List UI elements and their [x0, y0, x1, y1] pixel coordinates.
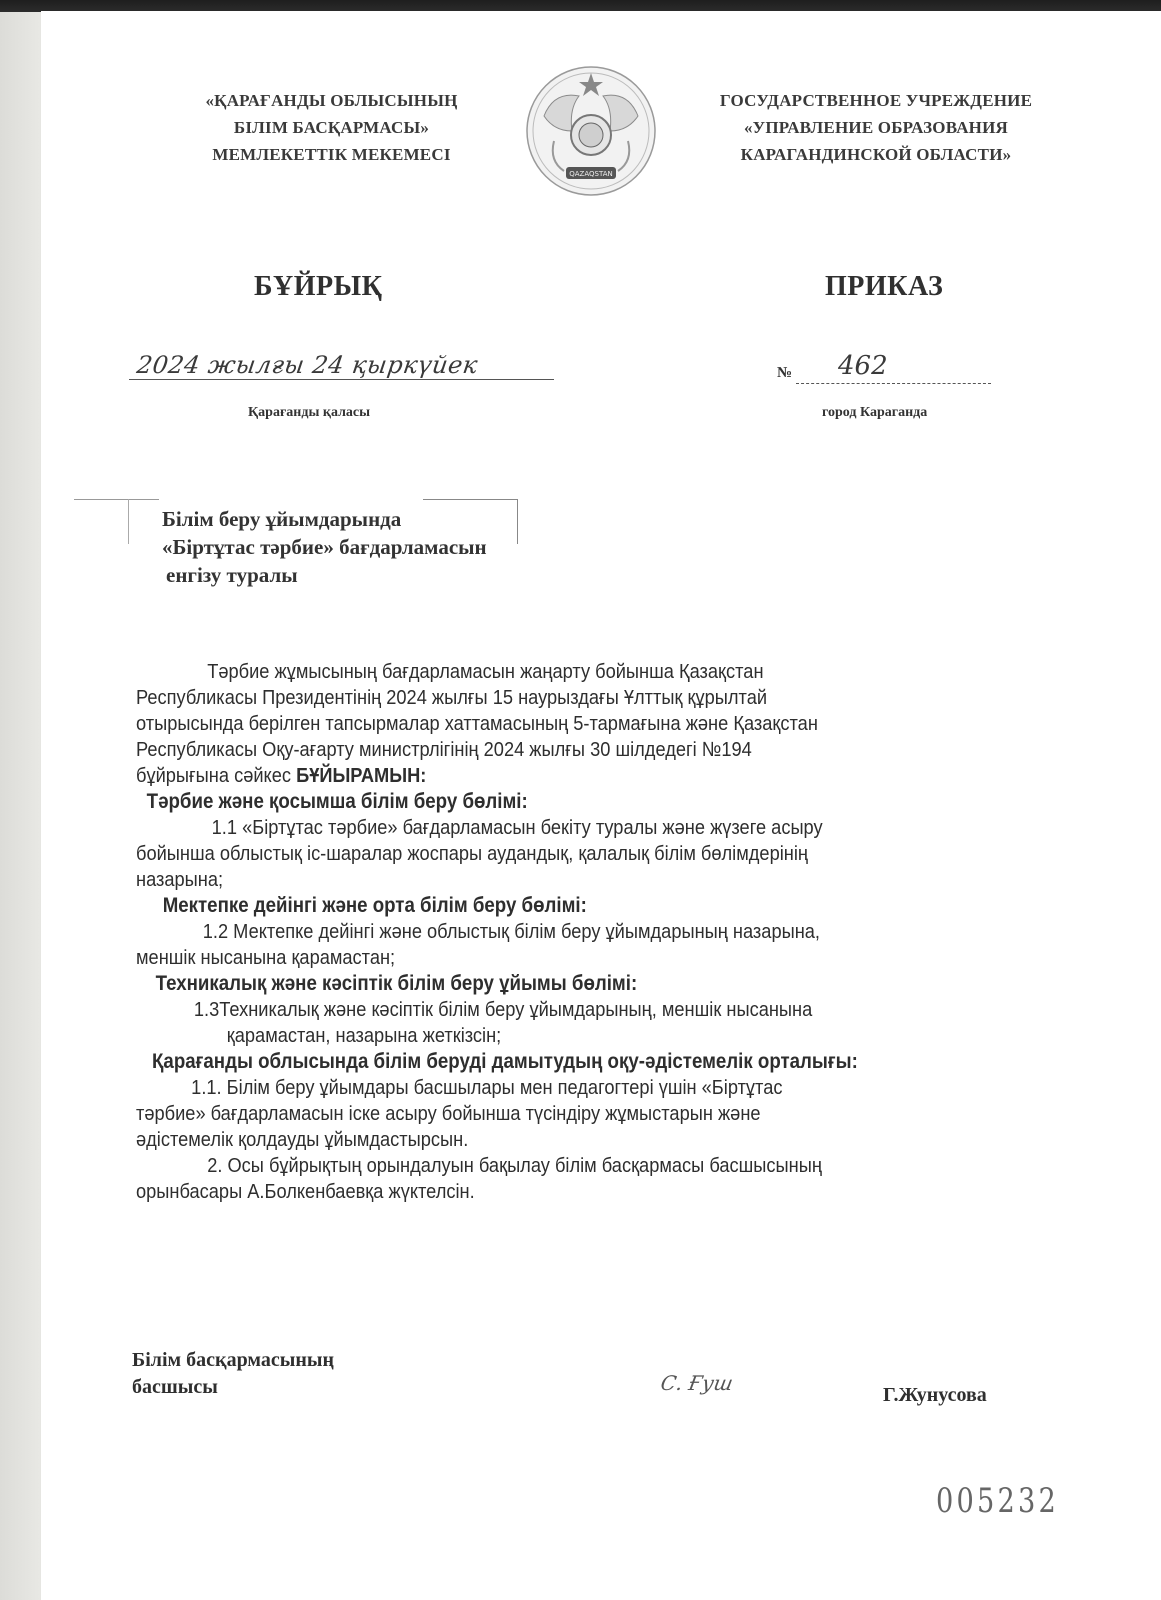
position-line: басшысы — [132, 1374, 334, 1401]
document-page: «ҚАРАҒАНДЫ ОБЛЫСЫНЫҢ БІЛІМ БАСҚАРМАСЫ» М… — [41, 11, 1161, 1600]
serial-number: 005232 — [936, 1481, 1059, 1521]
section-heading: Тәрбие және қосымша білім беру бөлімі: — [136, 789, 1106, 815]
header-ru-line: КАРАГАНДИНСКОЙ ОБЛАСТИ» — [681, 141, 1071, 168]
body-line: бойынша облыстық іс-шаралар жоспары ауда… — [136, 841, 1106, 867]
bracket-line — [517, 499, 518, 544]
state-emblem-icon: QAZAQSTAN — [524, 61, 659, 201]
date-underline — [129, 379, 554, 380]
body-line: 1.2 Мектепке дейінгі және облыстық білім… — [136, 919, 1106, 945]
city-ru: город Караганда — [822, 405, 927, 421]
header-kz: «ҚАРАҒАНДЫ ОБЛЫСЫНЫҢ БІЛІМ БАСҚАРМАСЫ» М… — [159, 87, 504, 168]
order-subject: Білім беру ұйымдарында «Біртұтас тәрбие»… — [162, 505, 487, 589]
number-label: № — [777, 365, 792, 382]
body-line: Республикасы Оқу-ағарту министрлігінің 2… — [136, 737, 1106, 763]
body-line: әдістемелік қолдауды ұйымдастырсын. — [136, 1127, 1106, 1153]
order-date-handwritten: 2024 жылғы 24 қыркүйек — [135, 351, 480, 379]
header-ru-line: ГОСУДАРСТВЕННОЕ УЧРЕЖДЕНИЕ — [681, 87, 1071, 114]
body-line: отырысында берілген тапсырмалар хаттамас… — [136, 711, 1106, 737]
header-kz-line: «ҚАРАҒАНДЫ ОБЛЫСЫНЫҢ — [159, 87, 504, 114]
subject-line: «Біртұтас тәрбие» бағдарламасын — [162, 533, 487, 561]
position-line: Білім басқармасының — [132, 1347, 334, 1374]
decree-word: БҰЙЫРАМЫН: — [296, 764, 426, 787]
body-line: қарамастан, назарына жеткізсін; — [136, 1023, 1106, 1049]
header-kz-line: БІЛІМ БАСҚАРМАСЫ» — [159, 114, 504, 141]
header-ru-line: «УПРАВЛЕНИЕ ОБРАЗОВАНИЯ — [681, 114, 1071, 141]
section-heading: Мектепке дейінгі және орта білім беру бө… — [136, 893, 1106, 919]
city-kz: Қарағанды қаласы — [248, 405, 370, 421]
svg-text:QAZAQSTAN: QAZAQSTAN — [569, 170, 612, 178]
body-line: бұйрығына сәйкес БҰЙЫРАМЫН: — [136, 763, 1106, 789]
section-heading: Қарағанды облысында білім беруді дамытуд… — [136, 1049, 1106, 1075]
body-line: тәрбие» бағдарламасын іске асыру бойынша… — [136, 1101, 1106, 1127]
subject-line: Білім беру ұйымдарында — [162, 505, 487, 533]
body-line: 1.1. Білім беру ұйымдары басшылары мен п… — [136, 1075, 1106, 1101]
header-kz-line: МЕМЛЕКЕТТІК МЕКЕМЕСІ — [159, 141, 504, 168]
handwritten-signature: С. Ғуш — [659, 1371, 735, 1395]
intro-text: бұйрығына сәйкес — [136, 764, 296, 787]
body-line: меншік нысанына қарамастан; — [136, 945, 1106, 971]
body-line: орынбасары А.Болкенбаевқа жүктелсін. — [136, 1179, 1106, 1205]
body-line: Республикасы Президентінің 2024 жылғы 15… — [136, 685, 1106, 711]
body-line: 1.1 «Біртұтас тәрбие» бағдарламасын бекі… — [136, 815, 1106, 841]
bracket-line — [423, 499, 518, 500]
body-line: 1.3Техникалық және кәсіптік білім беру ұ… — [136, 997, 1106, 1023]
scanner-edge-left — [0, 12, 40, 1600]
bracket-line — [128, 499, 129, 544]
header-ru: ГОСУДАРСТВЕННОЕ УЧРЕЖДЕНИЕ «УПРАВЛЕНИЕ О… — [681, 87, 1071, 168]
order-body: Тәрбие жұмысының бағдарламасын жаңарту б… — [136, 659, 1106, 1205]
order-number-handwritten: 462 — [838, 351, 888, 381]
body-line: назарына; — [136, 867, 1106, 893]
section-heading: Техникалық және кәсіптік білім беру ұйым… — [136, 971, 1106, 997]
body-line: 2. Осы бұйрықтың орындалуын бақылау білі… — [136, 1153, 1106, 1179]
subject-line: енгізу туралы — [162, 561, 487, 589]
order-title-ru: ПРИКАЗ — [825, 271, 943, 303]
signatory-name: Г.Жунусова — [883, 1384, 987, 1407]
bracket-line — [74, 499, 159, 500]
signatory-position: Білім басқармасының басшысы — [132, 1347, 334, 1401]
order-title-kz: БҰЙРЫҚ — [254, 271, 382, 303]
body-line: Тәрбие жұмысының бағдарламасын жаңарту б… — [136, 659, 1106, 685]
number-underline — [796, 383, 991, 384]
